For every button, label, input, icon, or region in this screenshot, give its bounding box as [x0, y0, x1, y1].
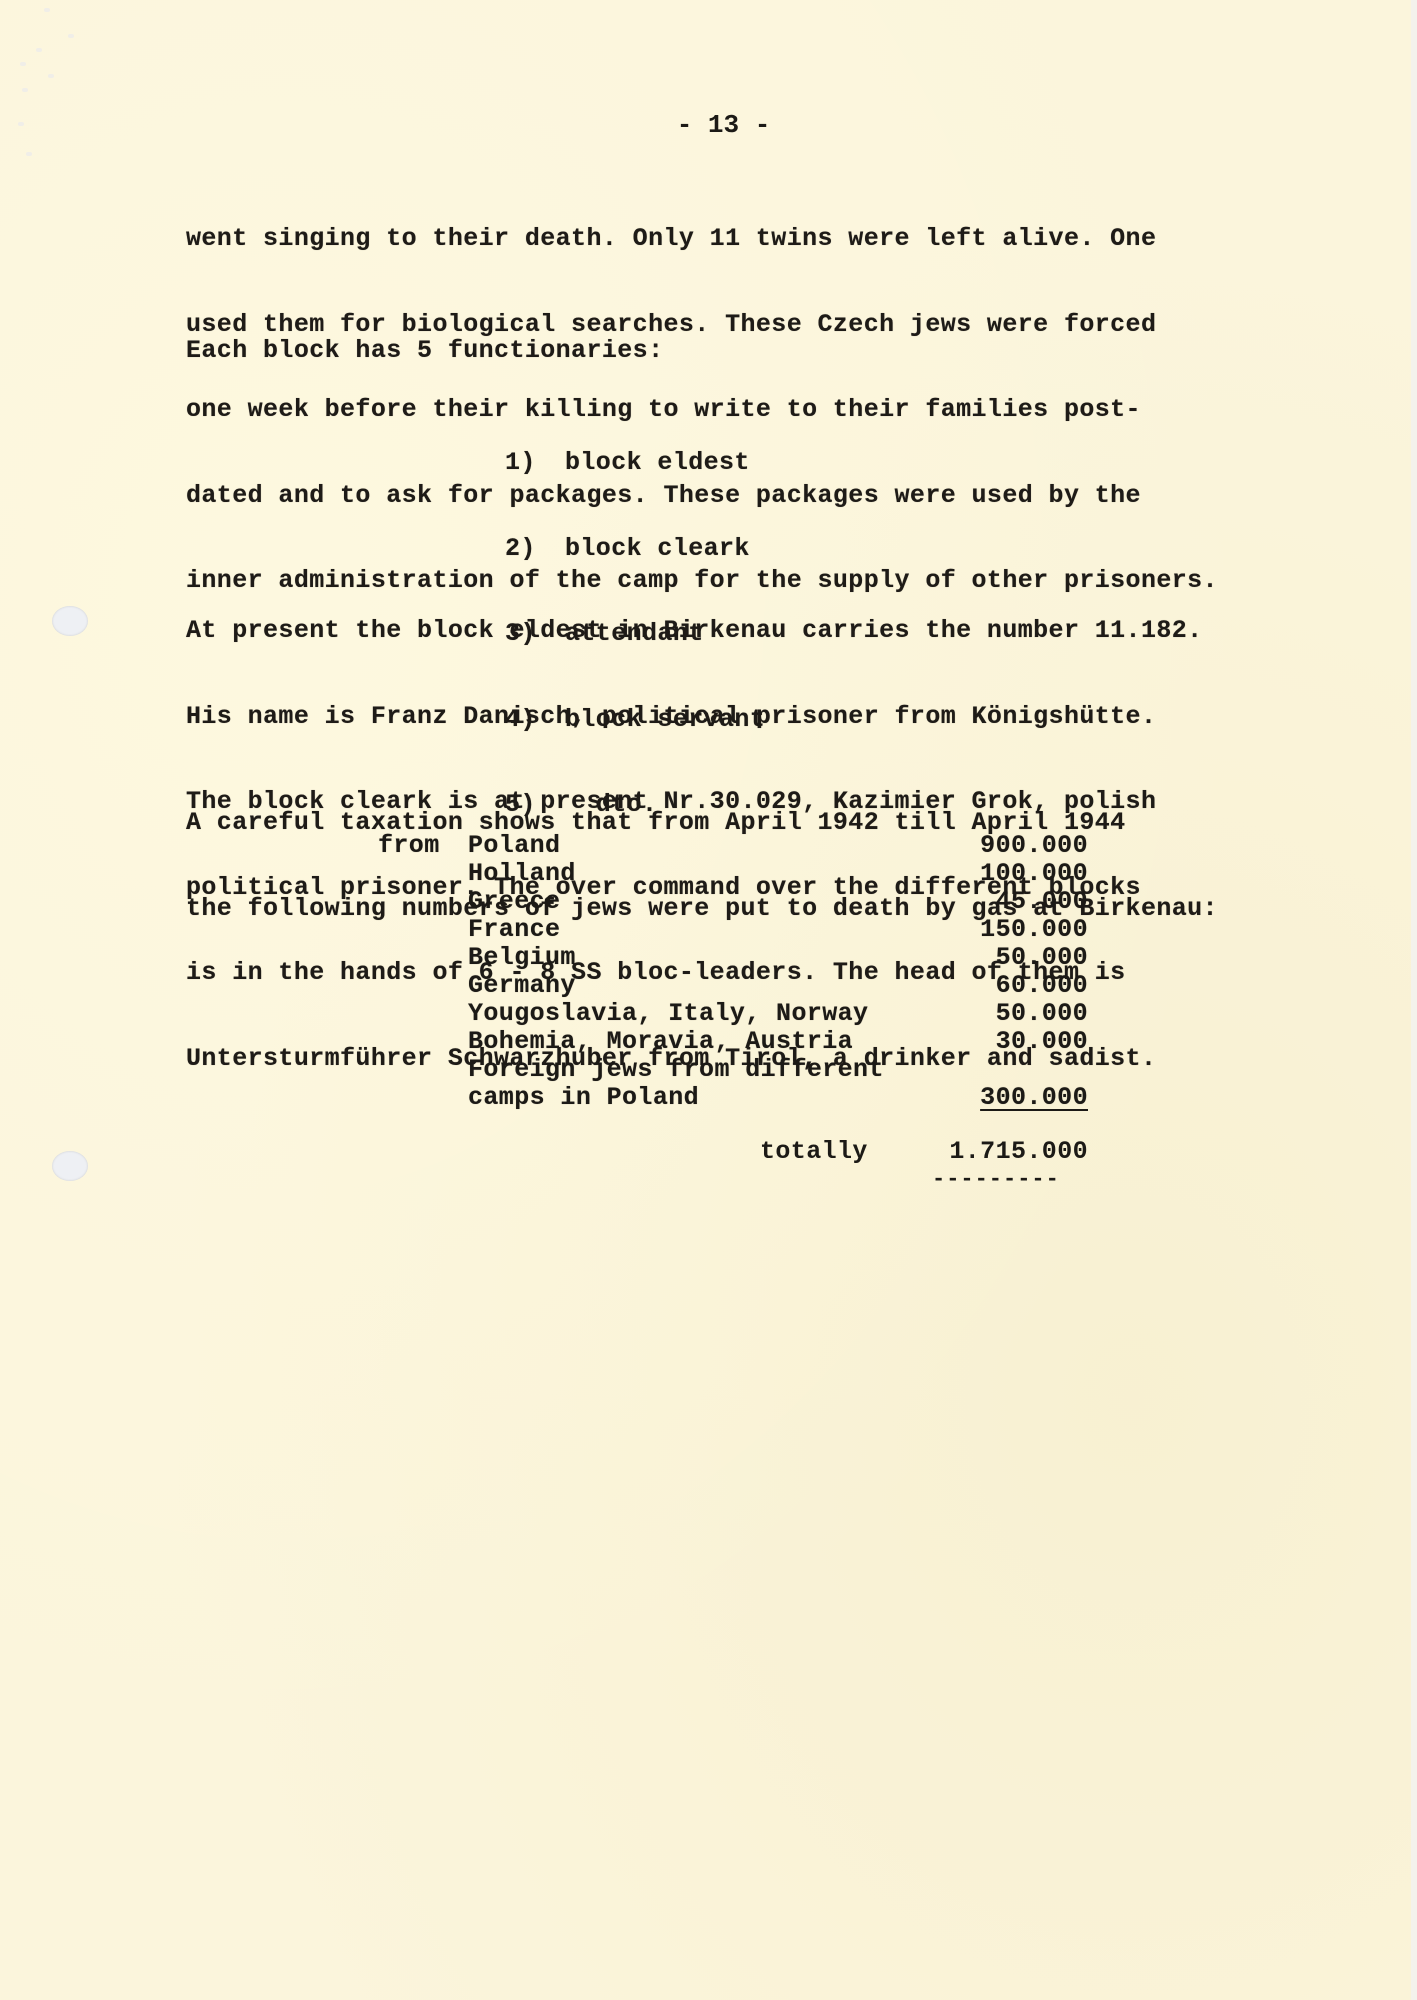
table-value: 45.000: [938, 888, 1088, 916]
table-label: France: [468, 916, 938, 944]
edge-tear-mark: [68, 34, 74, 38]
edge-tear-mark: [26, 152, 32, 156]
table-row: Greece45.000: [378, 888, 1088, 916]
table-row: France150.000: [378, 916, 1088, 944]
list-number: 2): [505, 535, 565, 564]
punch-hole-top: [52, 606, 88, 636]
total-double-underline: ---------: [932, 1172, 1060, 1188]
table-prefix: from: [378, 832, 468, 860]
table-value: 100.000: [938, 860, 1088, 888]
edge-tear-mark: [44, 8, 50, 12]
total-row: totally 1.715.000: [760, 1137, 1088, 1166]
list-item: 1)block eldest: [505, 449, 765, 478]
text-line: used them for biological searches. These…: [186, 311, 1218, 340]
table-label: Holland: [468, 860, 938, 888]
table-label: Bohemia, Moravia, Austria: [468, 1028, 938, 1056]
table-label: Belgium: [468, 944, 938, 972]
table-value: 50.000: [938, 1000, 1088, 1028]
functionaries-intro: Each block has 5 functionaries:: [186, 337, 663, 366]
text-line: His name is Franz Danisch, political pri…: [186, 703, 1203, 732]
table-row: Holland100.000: [378, 860, 1088, 888]
table-value: 900.000: [938, 832, 1088, 860]
deaths-table: fromPoland900.000 Holland100.000 Greece4…: [378, 832, 1088, 1112]
list-number: 1): [505, 449, 565, 478]
page-number: - 13 -: [0, 110, 1417, 140]
table-value: 300.000: [938, 1084, 1088, 1112]
list-label: block cleark: [565, 534, 750, 563]
table-row: Belgium50.000: [378, 944, 1088, 972]
list-label: block eldest: [565, 448, 750, 477]
total-value: 1.715.000: [949, 1137, 1088, 1166]
table-row: Germany60.000: [378, 972, 1088, 1000]
text-line: At present the block eldest in Birkenau …: [186, 617, 1203, 646]
table-label: camps in Poland: [468, 1084, 938, 1112]
table-label: Yougoslavia, Italy, Norway: [468, 1000, 938, 1028]
table-label: Foreign jews from different: [468, 1056, 938, 1084]
table-label: Poland: [468, 832, 938, 860]
text-line: went singing to their death. Only 11 twi…: [186, 225, 1218, 254]
table-row: Foreign jews from different: [378, 1056, 1088, 1084]
table-value: 150.000: [938, 916, 1088, 944]
edge-tear-mark: [22, 88, 28, 92]
edge-tear-mark: [36, 48, 42, 52]
table-label: Germany: [468, 972, 938, 1000]
table-row: Yougoslavia, Italy, Norway50.000: [378, 1000, 1088, 1028]
table-row: camps in Poland300.000: [378, 1084, 1088, 1112]
page-edge: [1411, 0, 1417, 2000]
table-row: Bohemia, Moravia, Austria30.000: [378, 1028, 1088, 1056]
table-row: fromPoland900.000: [378, 832, 1088, 860]
table-value: [938, 1056, 1088, 1084]
table-value: 30.000: [938, 1028, 1088, 1056]
edge-tear-mark: [20, 62, 26, 66]
table-label: Greece: [468, 888, 938, 916]
table-value: 50.000: [938, 944, 1088, 972]
table-value: 60.000: [938, 972, 1088, 1000]
total-label: totally: [760, 1137, 868, 1166]
edge-tear-mark: [48, 74, 54, 78]
list-item: 2)block cleark: [505, 535, 765, 564]
punch-hole-bottom: [52, 1151, 88, 1181]
